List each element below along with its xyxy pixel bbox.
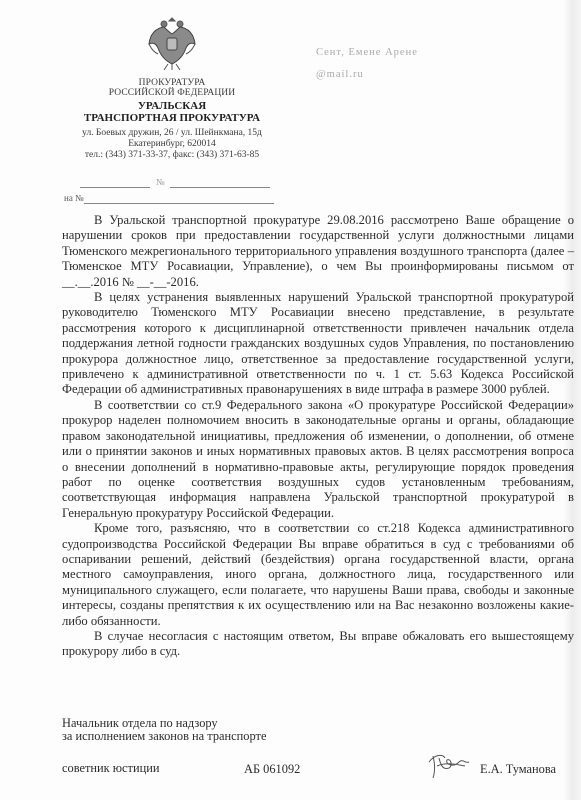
paragraph-1: В Уральской транспортной прокуратуре 29.… bbox=[62, 213, 574, 290]
address-line-1: ул. Боевых дружин, 26 / ул. Шейнкмана, 1… bbox=[70, 128, 274, 139]
signer-position: Начальник отдела по надзору за исполнени… bbox=[62, 717, 266, 743]
name-line-1: УРАЛЬСКАЯ bbox=[70, 100, 274, 112]
reply-underline bbox=[84, 203, 274, 204]
signer-rank: советник юстиции bbox=[62, 762, 159, 775]
reg-no-label: № bbox=[156, 177, 165, 187]
phone-line: тел.: (343) 371-33-37, факс: (343) 371-6… bbox=[70, 150, 274, 161]
letter-body: В Уральской транспортной прокуратуре 29.… bbox=[62, 213, 574, 660]
paragraph-5: В случае несогласия с настоящим ответом,… bbox=[62, 629, 574, 660]
document-code: АБ 061092 bbox=[244, 762, 300, 777]
address-line-2: Екатеринбург, 620014 bbox=[70, 139, 274, 150]
recipient-name: Сент, Емене Арене bbox=[316, 42, 456, 64]
reply-label: на № bbox=[64, 193, 84, 203]
org-line-2: РОССИЙСКОЙ ФЕДЕРАЦИИ bbox=[70, 88, 274, 98]
signer-name: Е.А. Туманова bbox=[480, 762, 556, 777]
position-line-2: за исполнением законов на транспорте bbox=[62, 730, 266, 743]
org-header: ПРОКУРАТУРА РОССИЙСКОЙ ФЕДЕРАЦИИ bbox=[70, 78, 274, 98]
reg-date-underline bbox=[80, 187, 150, 188]
paragraph-4: Кроме того, разъясняю, что в соответстви… bbox=[62, 521, 574, 629]
office-address: ул. Боевых дружин, 26 / ул. Шейнкмана, 1… bbox=[70, 128, 274, 161]
reg-no-underline bbox=[170, 187, 270, 188]
registration-number-line: № bbox=[64, 177, 274, 189]
recipient-block: Сент, Емене Арене @mail.ru bbox=[316, 42, 456, 86]
name-line-2: ТРАНСПОРТНАЯ ПРОКУРАТУРА bbox=[70, 112, 274, 124]
paragraph-3: В соответствии со ст.9 Федерального зако… bbox=[62, 398, 574, 521]
org-line-1: ПРОКУРАТУРА bbox=[70, 78, 274, 88]
double-headed-eagle-emblem-icon bbox=[146, 14, 198, 72]
paragraph-2: В целях устранения выявленных нарушений … bbox=[62, 290, 574, 398]
recipient-email: @mail.ru bbox=[316, 64, 456, 86]
reply-to-line: на № bbox=[64, 193, 274, 203]
prosecutor-office-name: УРАЛЬСКАЯ ТРАНСПОРТНАЯ ПРОКУРАТУРА bbox=[70, 100, 274, 124]
